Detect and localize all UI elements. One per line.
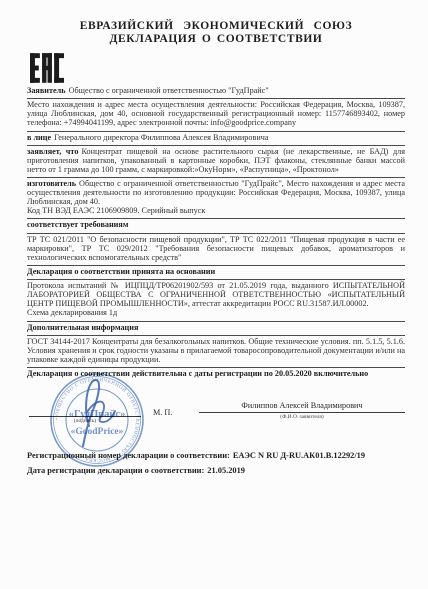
signature-caption: (подпись) xyxy=(39,418,131,424)
declarant-name-block: Филиппов Алексей Владимирович (Ф.И.О. за… xyxy=(199,401,405,421)
handwritten-signature-icon xyxy=(83,380,115,446)
manufacturer-value: Общество с ограниченной ответственностью… xyxy=(27,179,405,206)
represented-by-row: в лицеГенерального директора Филиппова А… xyxy=(27,132,405,146)
basis-heading: Декларация о соответствии принята на осн… xyxy=(27,266,405,280)
manufacturer-row: изготовительОбщество с ограниченной отве… xyxy=(27,178,405,219)
product-description: Концентрат пищевой на основе растительно… xyxy=(27,147,405,174)
stamp-company-name-en: «GoodPrice» xyxy=(71,427,124,437)
seal-place-label: М. П. xyxy=(153,408,172,417)
additional-info-text: ГОСТ 34144-2017 Концентраты для безалког… xyxy=(27,337,405,364)
applicant-address-row: Место нахождения и адрес места осуществл… xyxy=(27,99,405,131)
registration-block: Регистрационный номер декларации о соотв… xyxy=(27,448,405,478)
page-title: ЕВРАЗИЙСКИЙ ЭКОНОМИЧЕСКИЙ СОЮЗ xyxy=(27,20,405,33)
eac-logo-row xyxy=(30,53,405,85)
basis-text: Протокола испытаний № ИЦПЦД/ТР06201902/5… xyxy=(27,281,405,308)
registration-date-label: Дата регистрации декларации о соответств… xyxy=(27,466,204,475)
requirements-text: ТР ТС 021/2011 "О безопасности пищевой п… xyxy=(27,235,405,262)
applicant-row: ЗаявительОбщество с ограниченной ответст… xyxy=(27,85,405,99)
signature-line xyxy=(29,416,141,417)
eac-mark-icon xyxy=(30,53,64,83)
registration-number-label: Регистрационный номер декларации о соотв… xyxy=(27,451,230,460)
validity-statement: Декларация о соответствии действительна … xyxy=(27,368,405,381)
declaration-document: ЕВРАЗИЙСКИЙ ЭКОНОМИЧЕСКИЙ СОЮЗ ДЕКЛАРАЦИ… xyxy=(0,0,428,589)
applicant-value: Общество с ограниченной ответственностью… xyxy=(69,86,269,95)
requirements-heading: соответствует требованиям xyxy=(27,219,405,233)
page-subtitle: ДЕКЛАРАЦИЯ О СООТВЕТСТВИИ xyxy=(27,33,405,46)
applicant-address: Место нахождения и адрес места осуществл… xyxy=(27,100,405,127)
signature-block: (подпись) М. П. Филиппов Алексей Владими… xyxy=(27,386,405,436)
registration-number-row: Регистрационный номер декларации о соотв… xyxy=(27,448,405,463)
declarant-name-caption: (Ф.И.О. заявителя) xyxy=(199,413,405,421)
declaration-scheme-line: Схема декларирования 1д xyxy=(27,309,405,318)
requirements-text-row: ТР ТС 021/2011 "О безопасности пищевой п… xyxy=(27,234,405,266)
registration-date-row: Дата регистрации декларации о соответств… xyxy=(27,463,405,478)
applicant-label: Заявитель xyxy=(27,86,66,95)
product-declaration-row: заявляет, чтоКонцентрат пищевой на основ… xyxy=(27,146,405,178)
basis-text-row: Протокола испытаний № ИЦПЦД/ТР06201902/5… xyxy=(27,280,405,321)
represented-value: Генерального директора Филиппова Алексея… xyxy=(54,133,268,142)
represented-label: в лице xyxy=(27,133,51,142)
additional-info-text-row: ГОСТ 34144-2017 Концентраты для безалког… xyxy=(27,336,405,368)
manufacturer-label: изготовитель xyxy=(27,179,76,188)
declares-label: заявляет, что xyxy=(27,147,78,156)
tnved-code-line: Код ТН ВЭД ЕАЭС 2106909809. Серийный вып… xyxy=(27,207,405,216)
registration-number-value: ЕАЭС N RU Д-RU.АК01.В.12292/19 xyxy=(233,451,365,460)
additional-info-heading: Дополнительная информация xyxy=(27,322,405,336)
registration-date-value: 21.05.2019 xyxy=(207,466,245,475)
declarant-name: Филиппов Алексей Владимирович xyxy=(199,401,405,413)
